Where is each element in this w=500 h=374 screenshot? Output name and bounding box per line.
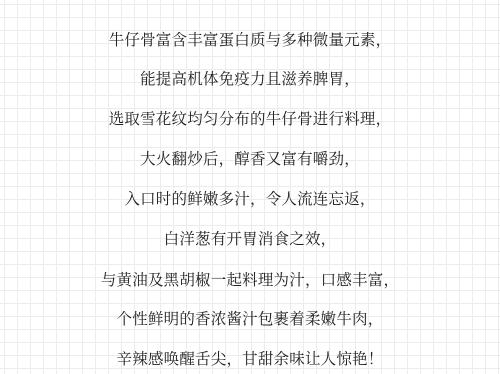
text-line: 大火翻炒后，醇香又富有嚼劲， (0, 149, 500, 169)
recipe-description: 牛仔骨富含丰富蛋白质与多种微量元素， 能提高机体免疫力且滋养脾胃， 选取雪花纹均… (0, 0, 500, 374)
text-line: 牛仔骨富含丰富蛋白质与多种微量元素， (0, 30, 500, 50)
text-line: 辛辣感唤醒舌尖，甘甜余味让人惊艳！ (0, 349, 500, 369)
text-line: 能提高机体免疫力且滋养脾胃， (0, 69, 500, 89)
text-line: 选取雪花纹均匀分布的牛仔骨进行料理， (0, 109, 500, 129)
text-line: 入口时的鲜嫩多汁，令人流连忘返， (0, 189, 500, 209)
text-line: 与黄油及黑胡椒一起料理为汁，口感丰富， (0, 270, 500, 290)
text-line: 个性鲜明的香浓酱汁包裹着柔嫩牛肉， (0, 309, 500, 329)
text-line: 白洋葱有开胃消食之效， (0, 229, 500, 249)
